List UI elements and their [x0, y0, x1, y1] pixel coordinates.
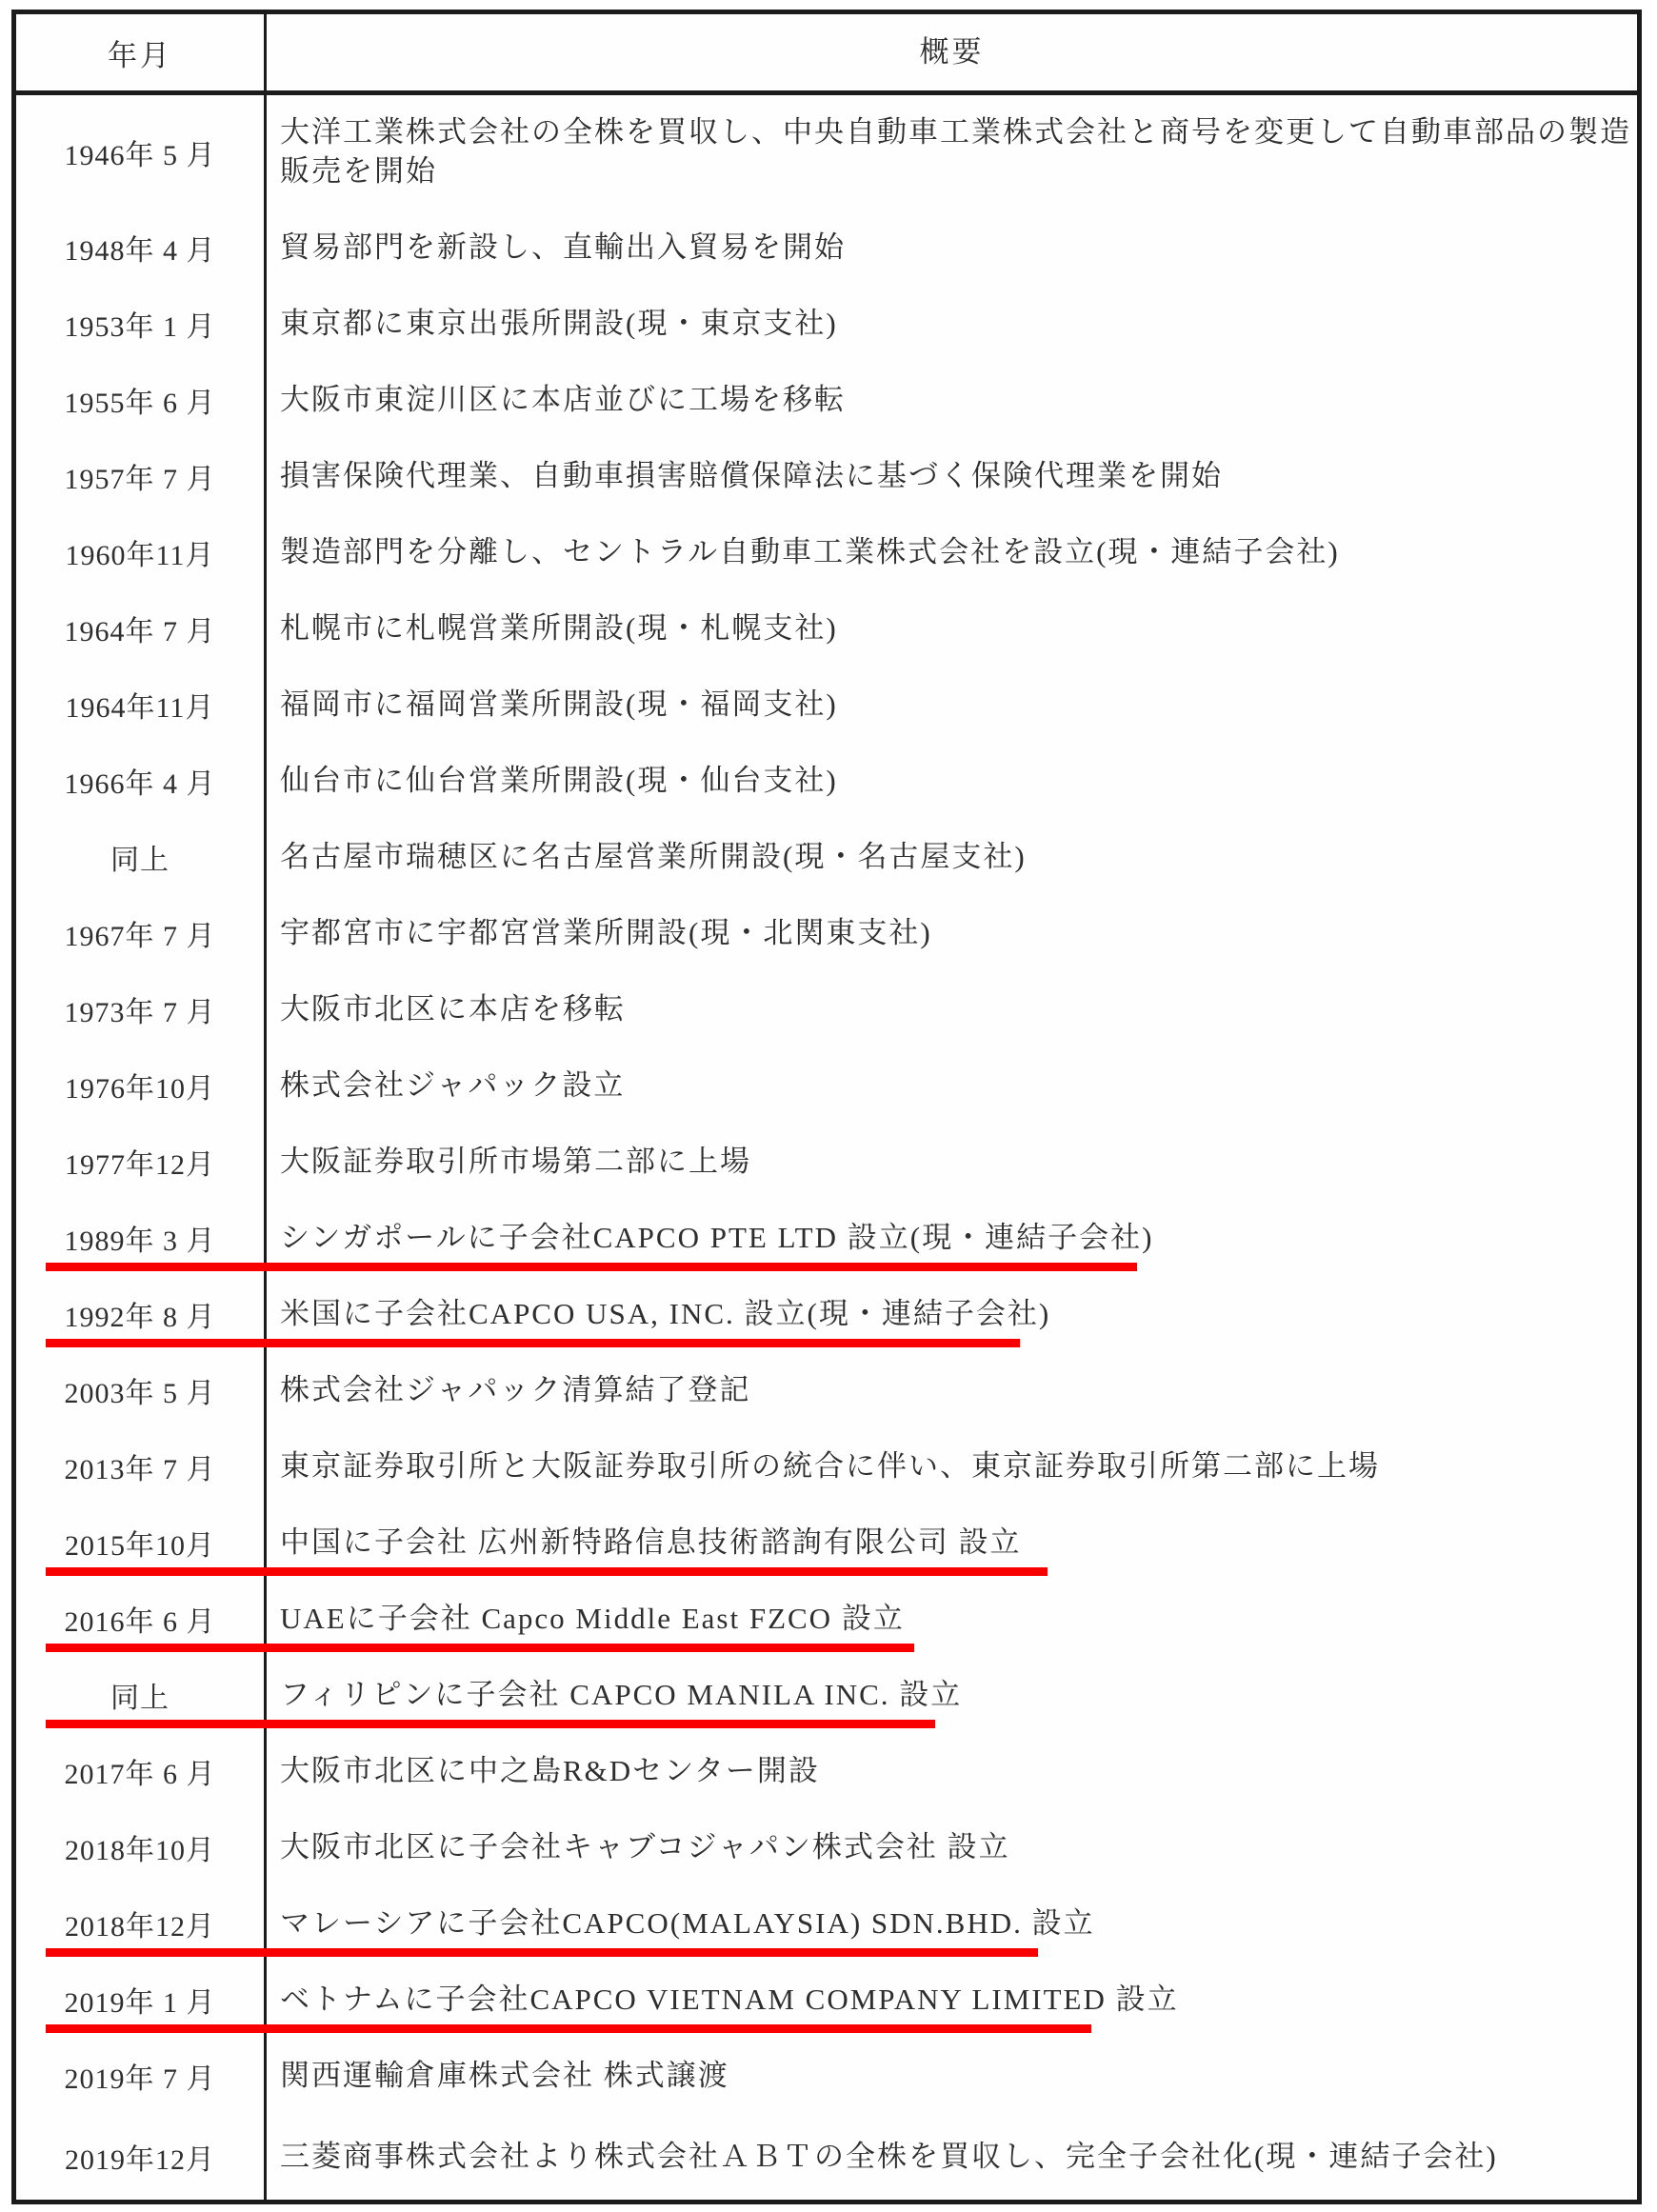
row-summary: 大阪市北区に子会社キャブコジャパン株式会社 設立 — [267, 1809, 1637, 1885]
table-row: 2018年12月 マレーシアに子会社CAPCO(MALAYSIA) SDN.BH… — [16, 1885, 1637, 1962]
table-row: 2017年 6 月 大阪市北区に中之島R&Dセンター開設 — [16, 1733, 1637, 1809]
row-date: 2019年 1 月 — [16, 1962, 267, 2038]
table-row: 2018年10月 大阪市北区に子会社キャブコジャパン株式会社 設立 — [16, 1809, 1637, 1885]
row-date: 1946年 5 月 — [16, 95, 267, 209]
row-summary: ベトナムに子会社CAPCO VIETNAM COMPANY LIMITED 設立 — [267, 1962, 1637, 2038]
row-date: 1973年 7 月 — [16, 971, 267, 1047]
table-row: 1989年 3 月 シンガポールに子会社CAPCO PTE LTD 設立(現・連… — [16, 1200, 1637, 1276]
row-summary: 中国に子会社 広州新特路信息技術諮詢有限公司 設立 — [267, 1505, 1637, 1581]
table-header-row: 年月 概要 — [16, 14, 1637, 95]
row-summary: 大阪市東淀川区に本店並びに工場を移転 — [267, 362, 1637, 438]
row-date: 2018年10月 — [16, 1809, 267, 1885]
row-date: 2013年 7 月 — [16, 1428, 267, 1505]
row-date: 2018年12月 — [16, 1885, 267, 1962]
row-date: 1957年 7 月 — [16, 438, 267, 514]
row-summary: UAEに子会社 Capco Middle East FZCO 設立 — [267, 1581, 1637, 1657]
table-row: 1955年 6 月 大阪市東淀川区に本店並びに工場を移転 — [16, 362, 1637, 438]
table-row: 1973年 7 月 大阪市北区に本店を移転 — [16, 971, 1637, 1047]
table-row: 2003年 5 月 株式会社ジャパック清算結了登記 — [16, 1352, 1637, 1428]
row-summary: 株式会社ジャパック清算結了登記 — [267, 1352, 1637, 1428]
row-date: 2019年12月 — [16, 2114, 267, 2200]
row-summary: マレーシアに子会社CAPCO(MALAYSIA) SDN.BHD. 設立 — [267, 1885, 1637, 1962]
table-row: 1957年 7 月 損害保険代理業、自動車損害賠償保障法に基づく保険代理業を開始 — [16, 438, 1637, 514]
company-history-table: 年月 概要 1946年 5 月 大洋工業株式会社の全株を買収し、中央自動車工業株… — [11, 10, 1642, 2204]
row-date: 1964年11月 — [16, 667, 267, 743]
document-page: 年月 概要 1946年 5 月 大洋工業株式会社の全株を買収し、中央自動車工業株… — [0, 0, 1657, 2212]
table-row: 1960年11月 製造部門を分離し、セントラル自動車工業株式会社を設立(現・連結… — [16, 514, 1637, 590]
row-date: 1977年12月 — [16, 1124, 267, 1200]
table-row: 1964年11月 福岡市に福岡営業所開設(現・福岡支社) — [16, 667, 1637, 743]
table-row: 2019年 1 月 ベトナムに子会社CAPCO VIETNAM COMPANY … — [16, 1962, 1637, 2038]
row-summary: 貿易部門を新設し、直輸出入貿易を開始 — [267, 209, 1637, 286]
row-summary: シンガポールに子会社CAPCO PTE LTD 設立(現・連結子会社) — [267, 1200, 1637, 1276]
table-row: 1977年12月 大阪証券取引所市場第二部に上場 — [16, 1124, 1637, 1200]
row-summary: 製造部門を分離し、セントラル自動車工業株式会社を設立(現・連結子会社) — [267, 514, 1637, 590]
row-date: 2003年 5 月 — [16, 1352, 267, 1428]
row-summary: 大阪市北区に本店を移転 — [267, 971, 1637, 1047]
table-row: 1992年 8 月 米国に子会社CAPCO USA, INC. 設立(現・連結子… — [16, 1276, 1637, 1352]
table-row: 2015年10月 中国に子会社 広州新特路信息技術諮詢有限公司 設立 — [16, 1505, 1637, 1581]
row-date: 同上 — [16, 1657, 267, 1733]
row-date: 1955年 6 月 — [16, 362, 267, 438]
row-summary: 仙台市に仙台営業所開設(現・仙台支社) — [267, 743, 1637, 819]
table-body: 1946年 5 月 大洋工業株式会社の全株を買収し、中央自動車工業株式会社と商号… — [16, 95, 1637, 2200]
row-summary: 札幌市に札幌営業所開設(現・札幌支社) — [267, 590, 1637, 667]
row-summary: 福岡市に福岡営業所開設(現・福岡支社) — [267, 667, 1637, 743]
table-row: 1964年 7 月 札幌市に札幌営業所開設(現・札幌支社) — [16, 590, 1637, 667]
table-row: 同上 フィリピンに子会社 CAPCO MANILA INC. 設立 — [16, 1657, 1637, 1733]
row-summary: 株式会社ジャパック設立 — [267, 1047, 1637, 1124]
table-row: 2019年 7 月 関西運輸倉庫株式会社 株式譲渡 — [16, 2038, 1637, 2114]
header-cell-summary: 概要 — [267, 14, 1637, 90]
row-date: 1953年 1 月 — [16, 286, 267, 362]
row-date: 1976年10月 — [16, 1047, 267, 1124]
table-row: 2013年 7 月 東京証券取引所と大阪証券取引所の統合に伴い、東京証券取引所第… — [16, 1428, 1637, 1505]
row-date: 2019年 7 月 — [16, 2038, 267, 2114]
row-summary: 大洋工業株式会社の全株を買収し、中央自動車工業株式会社と商号を変更して自動車部品… — [267, 95, 1637, 209]
row-date: 1967年 7 月 — [16, 895, 267, 971]
row-date: 2015年10月 — [16, 1505, 267, 1581]
row-date: 2017年 6 月 — [16, 1733, 267, 1809]
header-cell-date: 年月 — [16, 14, 267, 90]
row-date: 1989年 3 月 — [16, 1200, 267, 1276]
table-row: 同上 名古屋市瑞穂区に名古屋営業所開設(現・名古屋支社) — [16, 819, 1637, 895]
row-summary: 大阪市北区に中之島R&Dセンター開設 — [267, 1733, 1637, 1809]
row-date: 1964年 7 月 — [16, 590, 267, 667]
table-row: 1966年 4 月 仙台市に仙台営業所開設(現・仙台支社) — [16, 743, 1637, 819]
row-date: 1992年 8 月 — [16, 1276, 267, 1352]
row-date: 1960年11月 — [16, 514, 267, 590]
row-summary: 損害保険代理業、自動車損害賠償保障法に基づく保険代理業を開始 — [267, 438, 1637, 514]
row-date: 1948年 4 月 — [16, 209, 267, 286]
row-date: 同上 — [16, 819, 267, 895]
row-summary: 関西運輸倉庫株式会社 株式譲渡 — [267, 2038, 1637, 2114]
row-summary: 大阪証券取引所市場第二部に上場 — [267, 1124, 1637, 1200]
table-row: 2019年12月 三菱商事株式会社より株式会社ＡＢＴの全株を買収し、完全子会社化… — [16, 2114, 1637, 2200]
row-summary: フィリピンに子会社 CAPCO MANILA INC. 設立 — [267, 1657, 1637, 1733]
table-row: 1948年 4 月 貿易部門を新設し、直輸出入貿易を開始 — [16, 209, 1637, 286]
row-summary: 東京証券取引所と大阪証券取引所の統合に伴い、東京証券取引所第二部に上場 — [267, 1428, 1637, 1505]
table-row: 2016年 6 月 UAEに子会社 Capco Middle East FZCO… — [16, 1581, 1637, 1657]
row-date: 1966年 4 月 — [16, 743, 267, 819]
table-row: 1946年 5 月 大洋工業株式会社の全株を買収し、中央自動車工業株式会社と商号… — [16, 95, 1637, 209]
table-row: 1967年 7 月 宇都宮市に宇都宮営業所開設(現・北関東支社) — [16, 895, 1637, 971]
row-summary: 名古屋市瑞穂区に名古屋営業所開設(現・名古屋支社) — [267, 819, 1637, 895]
row-summary: 東京都に東京出張所開設(現・東京支社) — [267, 286, 1637, 362]
row-summary: 宇都宮市に宇都宮営業所開設(現・北関東支社) — [267, 895, 1637, 971]
row-summary: 米国に子会社CAPCO USA, INC. 設立(現・連結子会社) — [267, 1276, 1637, 1352]
row-date: 2016年 6 月 — [16, 1581, 267, 1657]
table-row: 1953年 1 月 東京都に東京出張所開設(現・東京支社) — [16, 286, 1637, 362]
row-summary: 三菱商事株式会社より株式会社ＡＢＴの全株を買収し、完全子会社化(現・連結子会社) — [267, 2114, 1637, 2200]
table-row: 1976年10月 株式会社ジャパック設立 — [16, 1047, 1637, 1124]
